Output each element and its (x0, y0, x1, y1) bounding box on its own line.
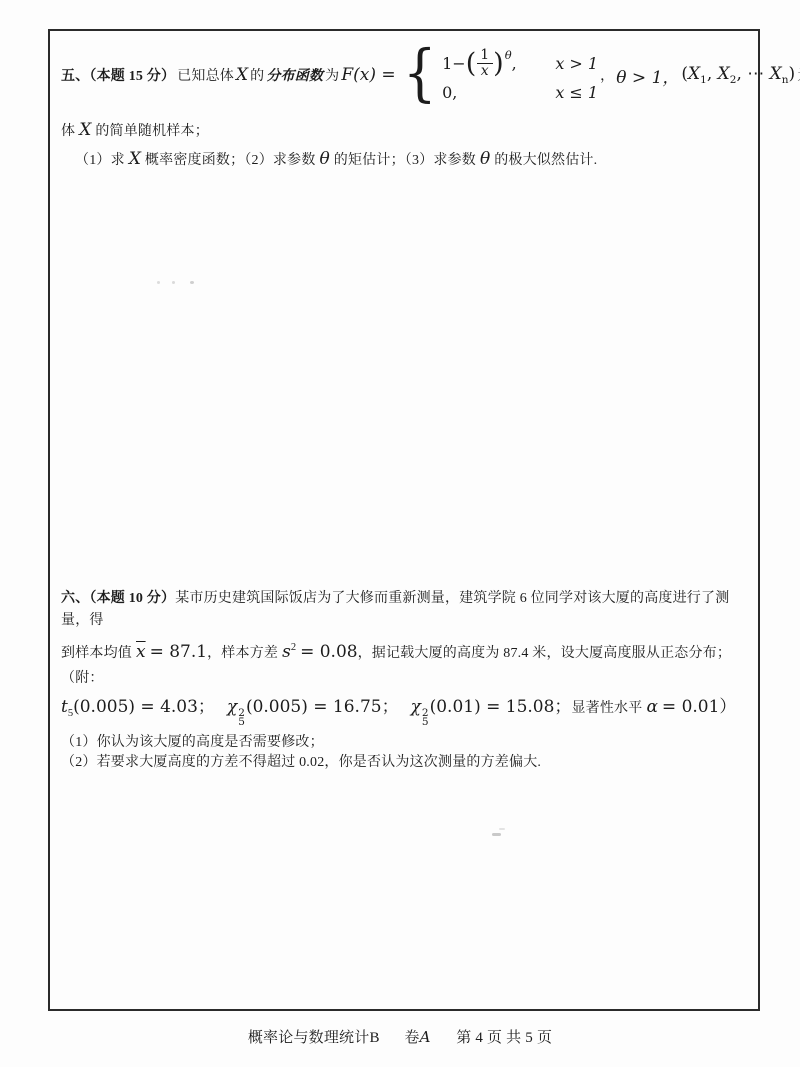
s-squared-sup: 2 (291, 642, 296, 653)
tuple-close-paren: ) (789, 64, 796, 84)
q5-line2-post: 的简单随机样本； (95, 124, 209, 139)
fraction-denominator: x (477, 63, 493, 79)
t-value-text: (0.005) = 4.03； (73, 697, 215, 717)
piecewise-cases: 1− ( 1 x ) θ , x > 1 0, x ≤ 1 (442, 48, 598, 101)
math-chi-2: χ (411, 697, 421, 717)
tuple-var-Xn: X (770, 64, 782, 84)
q6-line-1: 六、（本题 10 分）某市历史建筑国际饭店为了大修而重新测量，建筑学院 6 位同… (61, 587, 754, 631)
q5-wei-text: 为 (325, 65, 339, 85)
q5-line-2: 体 X 的简单随机样本； (61, 120, 754, 142)
chi2-sub-5: 5 (422, 718, 429, 727)
q6-critical-values-line: t5(0.005) = 4.03；χ25(0.005) = 16.75；χ25(… (61, 694, 754, 727)
sample-tuple: (X1, X2, ⋯ Xn) (681, 64, 795, 86)
tuple-comma-1: , (707, 64, 718, 84)
footer-volume-label: 卷 (404, 1030, 419, 1046)
footer-volume-letter: A (420, 1028, 432, 1046)
math-theta-2: θ (480, 149, 490, 169)
tuple-var-X2: X (718, 64, 730, 84)
q5-sub2-text: 概率密度函数；（2）求参数 (145, 153, 316, 168)
chi1-sub-5: 5 (238, 718, 245, 727)
math-var-X-line2: X (79, 120, 91, 140)
footer-page-number: 第 4 页 共 5 页 (456, 1030, 552, 1046)
page-footer: 概率论与数理统计B 卷A 第 4 页 共 5 页 (0, 1026, 800, 1047)
scan-speck (499, 828, 505, 830)
scan-speck (172, 281, 175, 284)
math-var-X: X (236, 65, 248, 85)
footer-volume: 卷A (404, 1030, 431, 1046)
math-var-s: s (282, 642, 291, 662)
open-paren: ( (466, 50, 477, 77)
q6-subquestion-1: （1）你认为该大厦的高度是否需要修改； (61, 733, 754, 753)
scan-speck (157, 281, 160, 284)
tuple-ellipsis: , ⋯ (736, 64, 769, 84)
fraction-one-over-x: 1 x (476, 48, 493, 78)
math-x-bar: x (136, 642, 146, 662)
tuple-sub-1: 1 (700, 74, 707, 86)
piecewise-brace: { (403, 44, 437, 102)
scan-speck (492, 833, 501, 836)
math-theta-1: θ (320, 149, 330, 169)
chi1-scripts: 25 (238, 709, 245, 727)
q5-sub-end: 的极大似然估计. (494, 153, 597, 168)
chi2-scripts: 25 (422, 709, 429, 727)
math-var-X-sub: X (129, 149, 141, 169)
math-var-t: t (61, 697, 68, 717)
footer-course-title: 概率论与数理统计B (248, 1030, 380, 1046)
math-alpha: α (646, 697, 657, 717)
q5-statement-line: 五、（本题 15 分） 已知总体 X 的 分布函数 为 F(x) = { 1− … (61, 39, 754, 111)
q6-line2-pre: 到样本均值 (61, 646, 132, 661)
q6-line2-mid: ，样本方差 (207, 646, 278, 661)
q5-subquestions-line: （1）求 X 概率密度函数；（2）求参数 θ 的矩估计；（3）求参数 θ 的极大… (61, 149, 754, 171)
alpha-value-text: = 0.01） (662, 697, 737, 717)
case1-condition: x > 1 (555, 54, 598, 73)
q5-heading: 五、（本题 15 分） (61, 65, 175, 85)
q6-subquestion-2: （2）若要求大厦高度的方差不得超过 0.02，你是否认为这次测量的方差偏大. (61, 753, 754, 773)
tuple-sub-n: n (782, 74, 789, 86)
chi2-value-text: (0.01) = 15.08； (430, 697, 572, 717)
close-paren: ) (493, 50, 504, 77)
piecewise-case-2: 0, x ≤ 1 (442, 83, 598, 102)
q6-eq-variance: = 0.08 (300, 642, 358, 662)
q6-eq-mean: = 87.1 (150, 642, 208, 662)
after-piecewise-comma: ， (600, 65, 614, 85)
q5-line2-pre: 体 (61, 124, 75, 139)
case1-pre: 1− (442, 54, 466, 73)
tuple-var-X1: X (688, 64, 700, 84)
q5-sub1-label: （1）求 (75, 153, 125, 168)
q5-intro-text: 已知总体 (177, 65, 234, 85)
theta-condition: θ > 1， (616, 63, 679, 88)
fraction-numerator: 1 (476, 48, 493, 63)
exponent-theta: θ (505, 48, 512, 62)
case2-value: 0, (442, 83, 457, 102)
case1-expression: 1− ( 1 x ) θ , (442, 48, 517, 78)
question-5-block: 五、（本题 15 分） 已知总体 X 的 分布函数 为 F(x) = { 1− … (61, 37, 754, 171)
q5-distribution-function-label: 分布函数 (266, 65, 323, 85)
significance-label: 显著性水平 (571, 701, 642, 716)
scan-speck (190, 281, 194, 284)
math-F-of-x: F(x) = (341, 65, 395, 85)
q6-heading: 六、（本题 10 分） (61, 591, 175, 606)
case2-condition: x ≤ 1 (555, 83, 598, 102)
q5-sub3-text: 的矩估计；（3）求参数 (334, 153, 476, 168)
q6-line-2: 到样本均值 x = 87.1，样本方差 s2 = 0.08，据记载大厦的高度为 … (61, 636, 754, 691)
math-chi-1: χ (227, 697, 237, 717)
chi1-value-text: (0.005) = 16.75； (246, 697, 399, 717)
piecewise-case-1: 1− ( 1 x ) θ , x > 1 (442, 48, 598, 78)
question-6-block: 六、（本题 10 分）某市历史建筑国际饭店为了大修而重新测量，建筑学院 6 位同… (61, 587, 754, 773)
q5-de-text: 的 (250, 65, 264, 85)
answer-sheet-frame: 五、（本题 15 分） 已知总体 X 的 分布函数 为 F(x) = { 1− … (48, 29, 760, 1011)
case1-comma: , (512, 54, 517, 73)
